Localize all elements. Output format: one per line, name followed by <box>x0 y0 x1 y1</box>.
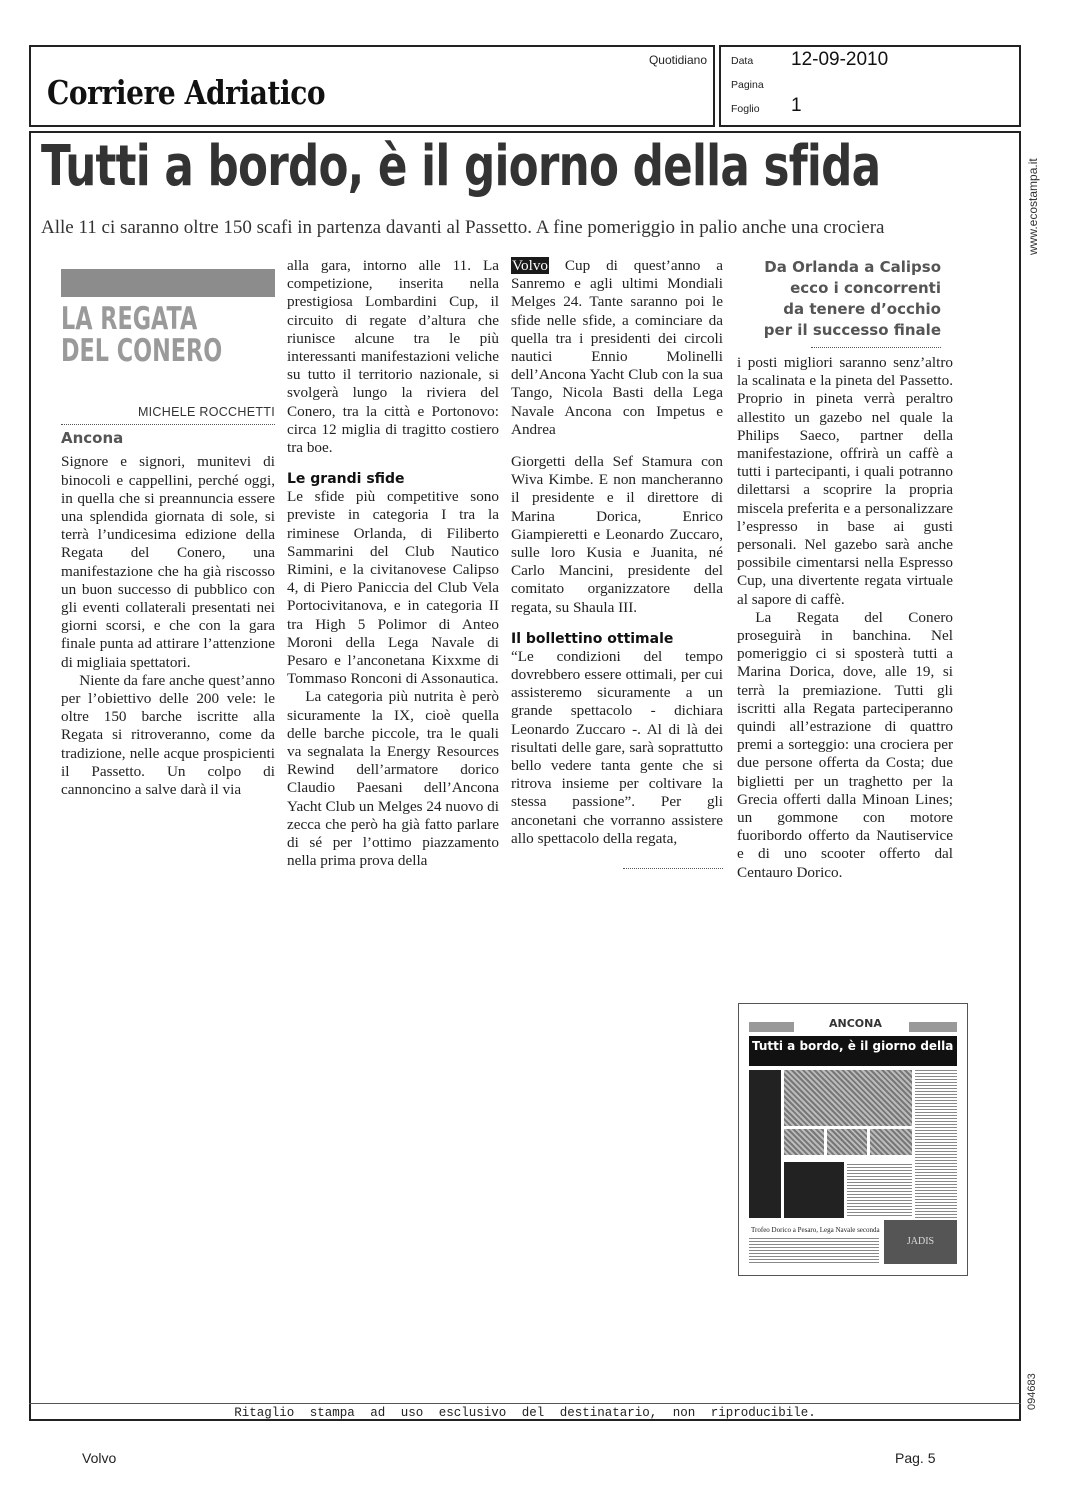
thumb-text-block <box>915 1070 957 1218</box>
side-url-text: www.ecostampa.it <box>1026 158 1040 255</box>
masthead-box: Corriere Adriatico Quotidiano <box>29 45 715 127</box>
dotted-rule <box>623 868 723 869</box>
page-number: Pag. 5 <box>895 1450 935 1466</box>
column-4: Da Orlanda a Calipso ecco i concorrenti … <box>737 257 953 882</box>
dateline: Ancona <box>61 429 275 447</box>
headline: Tutti a bordo, è il giorno della sfida <box>41 139 880 195</box>
kicker-title: LA REGATA DEL CONERO <box>61 303 215 367</box>
paragraph: Signore e signori, munitevi di binocoli … <box>61 453 275 671</box>
thumb-section-label: ANCONA <box>829 1017 882 1030</box>
thumb-headline: Tutti a bordo, è il giorno della sfida <box>749 1036 957 1066</box>
thumb-photo <box>870 1129 912 1155</box>
paragraph: Le sfide più competitive sono previste i… <box>287 488 499 688</box>
paragraph: Volvo Cup di quest’anno a Sanremo e agli… <box>511 257 723 439</box>
foglio-label: Foglio <box>731 103 760 115</box>
kicker-line-1: LA REGATA <box>61 303 215 335</box>
data-value: 12-09-2010 <box>791 49 888 71</box>
sidebar-headline-line: Da Orlanda a Calipso <box>737 257 941 278</box>
side-url: www.ecostampa.it <box>1026 135 1040 255</box>
thumb-subheadline: Trofeo Dorico a Pesaro, Lega Navale seco… <box>751 1226 880 1234</box>
data-label: Data <box>731 55 753 67</box>
page-thumbnail: ANCONA Tutti a bordo, è il giorno della … <box>738 1003 968 1276</box>
thumb-photo <box>784 1129 824 1155</box>
publication-name: Corriere Adriatico <box>47 73 325 112</box>
column-3: Volvo Cup di quest’anno a Sanremo e agli… <box>511 257 723 869</box>
pagina-label: Pagina <box>731 79 764 91</box>
thumb-text-block <box>749 1238 879 1264</box>
dotted-rule <box>811 347 941 348</box>
kicker-line-2: DEL CONERO <box>61 335 215 367</box>
thumb-header-block <box>909 1022 957 1032</box>
thumb-text-block <box>847 1164 912 1216</box>
foglio-value: 1 <box>791 95 802 117</box>
disclaimer-bar: Ritaglio stampa ad uso esclusivo del des… <box>29 1403 1021 1422</box>
thumb-advertisement: JADIS <box>884 1220 957 1264</box>
spacer <box>511 439 723 453</box>
byline: MICHELE ROCCHETTI <box>61 403 275 425</box>
thumb-dark-column <box>749 1070 781 1218</box>
paragraph: Niente da fare anche quest’anno per l’ob… <box>61 672 275 799</box>
thumb-header-block <box>749 1022 794 1032</box>
column-2: alla gara, intorno alle 11. La competizi… <box>287 257 499 871</box>
thumb-dark-block <box>784 1162 844 1218</box>
section-subtitle: Il bollettino ottimale <box>511 631 723 648</box>
disclaimer-text: Ritaglio stampa ad uso esclusivo del des… <box>29 1404 1021 1422</box>
subheadline: Alle 11 ci saranno oltre 150 scafi in pa… <box>41 217 884 239</box>
section-subtitle: Le grandi sfide <box>287 471 499 488</box>
paragraph: La categoria più nutrita è però sicurame… <box>287 688 499 870</box>
side-code-text: 094683 <box>1026 1373 1038 1410</box>
thumb-photo <box>784 1070 912 1126</box>
sidebar-headline: Da Orlanda a Calipso ecco i concorrenti … <box>737 257 953 341</box>
sidebar-headline-line: per il successo finale <box>737 320 941 341</box>
paragraph: i posti migliori saranno senz’altro la s… <box>737 354 953 609</box>
paragraph: “Le condizioni del tempo dovrebbero esse… <box>511 648 723 848</box>
meta-box: Data 12-09-2010 Pagina Foglio 1 <box>719 45 1021 127</box>
paragraph: alla gara, intorno alle 11. La competizi… <box>287 257 499 457</box>
sidebar-headline-line: ecco i concorrenti <box>737 278 941 299</box>
paragraph: La Regata del Conero proseguirà in banch… <box>737 609 953 882</box>
column-1: LA REGATA DEL CONERO MICHELE ROCCHETTI A… <box>61 257 275 799</box>
thumb-photo <box>827 1129 867 1155</box>
paragraph: Giorgetti della Sef Stamura con Wiva Kim… <box>511 453 723 617</box>
highlighted-keyword: Volvo <box>511 257 549 274</box>
publication-type: Quotidiano <box>649 53 707 67</box>
paragraph-text: Cup di quest’anno a Sanremo e agli ultim… <box>511 257 723 438</box>
kicker-bar <box>61 269 275 297</box>
side-code: 094683 <box>1026 1360 1040 1410</box>
client-name: Volvo <box>82 1450 116 1466</box>
sidebar-headline-line: da tenere d’occhio <box>737 299 941 320</box>
